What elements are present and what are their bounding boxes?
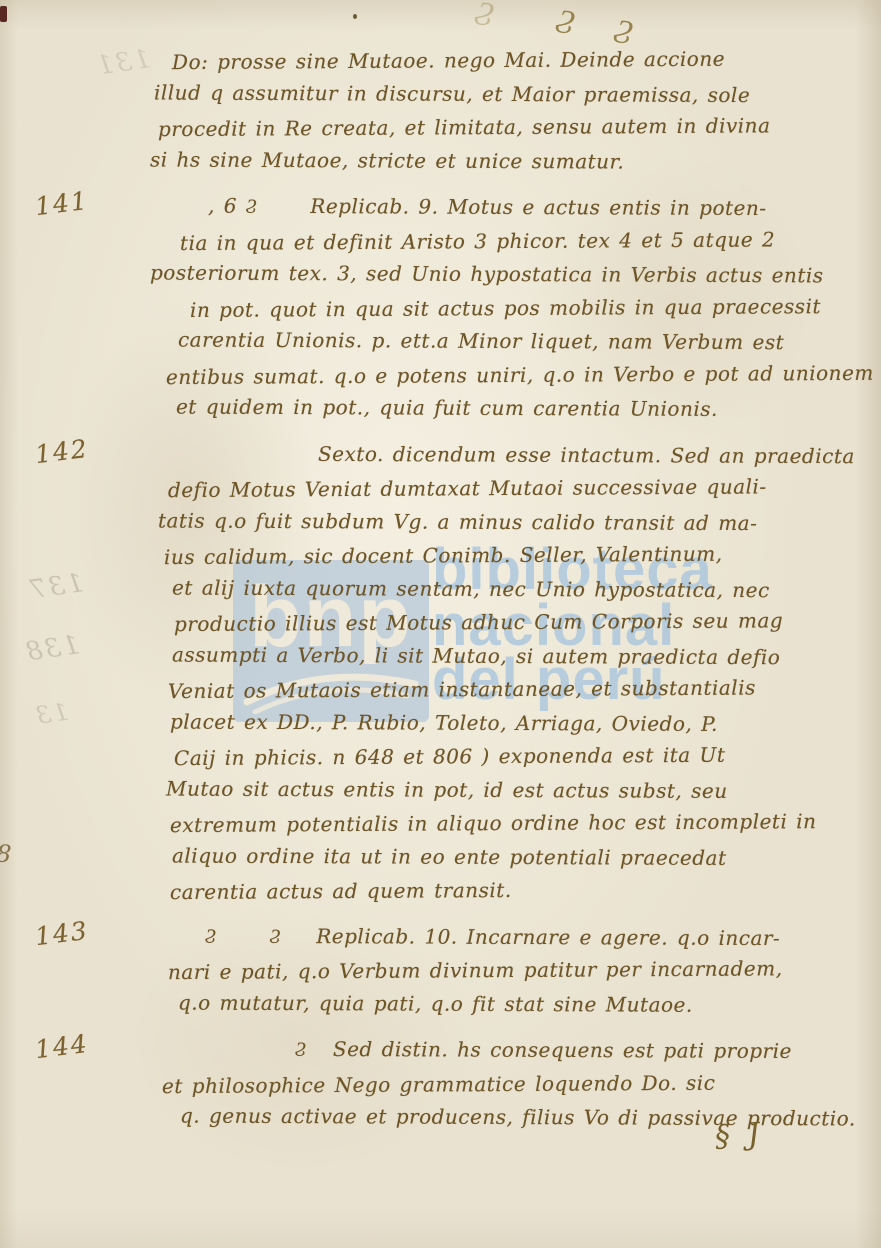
handwritten-line: posteriorum tex. 3, sed Unio hypostatica… [150, 256, 850, 293]
bleedthrough-numeral: 138 [22, 630, 81, 667]
handwritten-line: Ϩ Sed distin. hs consequens est pati pro… [295, 1033, 850, 1069]
handwritten-line: illud q assumitur in discursu, et Maior … [154, 76, 850, 113]
text-layer: Do: prosse sine Mutaoe. nego Mai. Deinde… [150, 44, 850, 1135]
bleedthrough-numeral: 13 [32, 698, 70, 731]
handwritten-line: assumpti a Verbo, li sit Mutao, si autem… [172, 638, 850, 674]
handwritten-line: placet ex DD., P. Rubio, Toleto, Arriaga… [170, 705, 850, 741]
bleedthrough-numeral: 137 [26, 568, 85, 605]
catchword: § J [714, 1116, 765, 1154]
bleedthrough-numeral: 8 [0, 839, 14, 868]
handwritten-line: et philosophice Nego grammatice loquendo… [162, 1065, 850, 1103]
ink-flourish: Ϩ [553, 1, 578, 44]
handwritten-line: nari e pati, q.o Verbum divinum patitur … [168, 952, 850, 990]
handwritten-line: q.o mutatur, quia pati, q.o fit stat sin… [178, 986, 850, 1022]
handwritten-line: extremum potentialis in aliquo ordine ho… [170, 805, 850, 843]
handwritten-line: et quidem in pot., quia fuit cum carenti… [176, 391, 850, 427]
handwritten-line: carentia actus ad quem transit. [170, 872, 850, 910]
margin-paragraph-number: 141 [33, 184, 90, 224]
margin-paragraph-number: 144 [33, 1027, 90, 1067]
manuscript-section: Do: prosse sine Mutaoe. nego Mai. Deinde… [150, 44, 850, 178]
handwritten-line: , 6 Ϩ Replicab. 9. Motus e actus entis i… [208, 190, 850, 226]
margin-paragraph-number: 143 [33, 913, 90, 953]
manuscript-section: 142Sexto. dicendum esse intactum. Sed an… [150, 439, 850, 908]
margin-paragraph-number: 142 [33, 431, 90, 471]
handwritten-line: entibus sumat. q.o e potens uniri, q.o i… [166, 356, 850, 394]
manuscript-page: bnp biblioteca nacional del perú Ϩ Ϩ Ϩ 1… [0, 0, 881, 1248]
manuscript-section: 141, 6 Ϩ Replicab. 9. Motus e actus enti… [150, 191, 850, 426]
ink-flourish: Ϩ [472, 0, 497, 35]
bleedthrough-numeral: 131 [93, 44, 152, 81]
handwritten-line: si hs sine Mutaoe, stricte et unice suma… [150, 143, 850, 180]
handwritten-line: tatis q.o fuit subdum Vg. a minus calido… [158, 504, 850, 541]
handwritten-line: et alij iuxta quorum sentam, nec Unio hy… [172, 571, 850, 607]
handwritten-line: tia in qua et definit Aristo 3 phicor. t… [180, 222, 850, 260]
manuscript-section: 143Ϩ Ϩ Replicab. 10. Incarnare e agere. … [150, 921, 850, 1022]
handwritten-line: aliquo ordine ita ut in eo ente potentia… [172, 839, 850, 875]
handwritten-line: in pot. quot in qua sit actus pos mobili… [190, 289, 850, 327]
handwritten-line: productio illius est Motus adhuc Cum Cor… [174, 604, 850, 642]
ink-speck [0, 6, 7, 22]
handwritten-line: procedit in Re creata, et limitata, sens… [158, 109, 850, 147]
handwritten-line: Ϩ Ϩ Replicab. 10. Incarnare e agere. q.o… [205, 919, 850, 955]
ink-speck [353, 14, 357, 19]
handwritten-line: Veniat os Mutaois etiam instantaneae, et… [168, 671, 850, 709]
handwritten-line: Sexto. dicendum esse intactum. Sed an pr… [318, 437, 850, 473]
handwritten-line: Caij in phicis. n 648 et 806 ) exponenda… [174, 738, 850, 776]
handwritten-line: ius calidum, sic docent Conimb. Seller, … [164, 537, 850, 575]
handwritten-line: Do: prosse sine Mutaoe. nego Mai. Deinde… [172, 42, 850, 80]
handwritten-line: Mutao sit actus entis in pot, id est act… [166, 772, 850, 808]
handwritten-line: defio Motus Veniat dumtaxat Mutaoi succe… [168, 470, 850, 508]
handwritten-line: carentia Unionis. p. ett.a Minor liquet,… [178, 324, 850, 360]
